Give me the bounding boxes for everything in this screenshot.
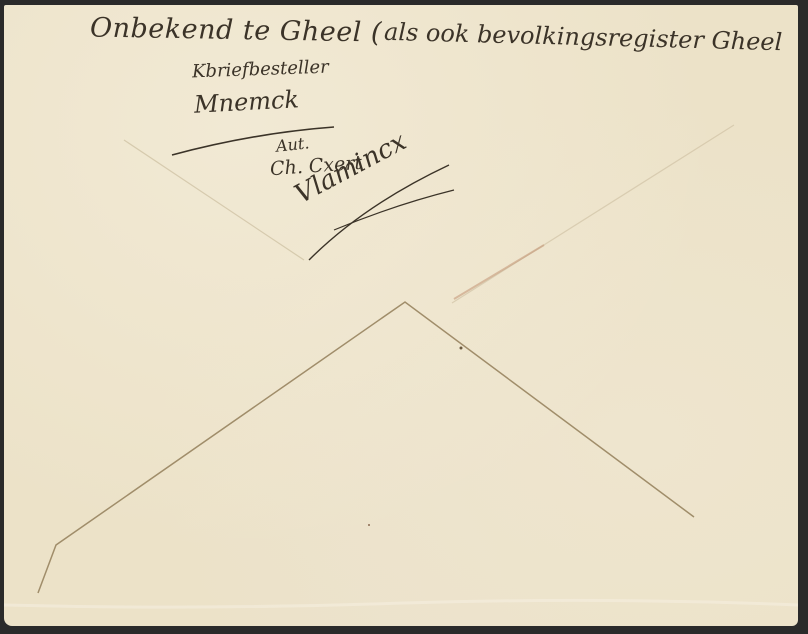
envelope-fold-lines <box>4 5 798 626</box>
envelope-back: Onbekend te Gheel ( als ook bevolkingsre… <box>4 5 798 626</box>
handwritten-line-1a: Onbekend te Gheel ( <box>90 12 382 48</box>
handwritten-line-3: Mnemck <box>193 85 299 118</box>
handwritten-line-4: Aut. <box>275 133 310 155</box>
